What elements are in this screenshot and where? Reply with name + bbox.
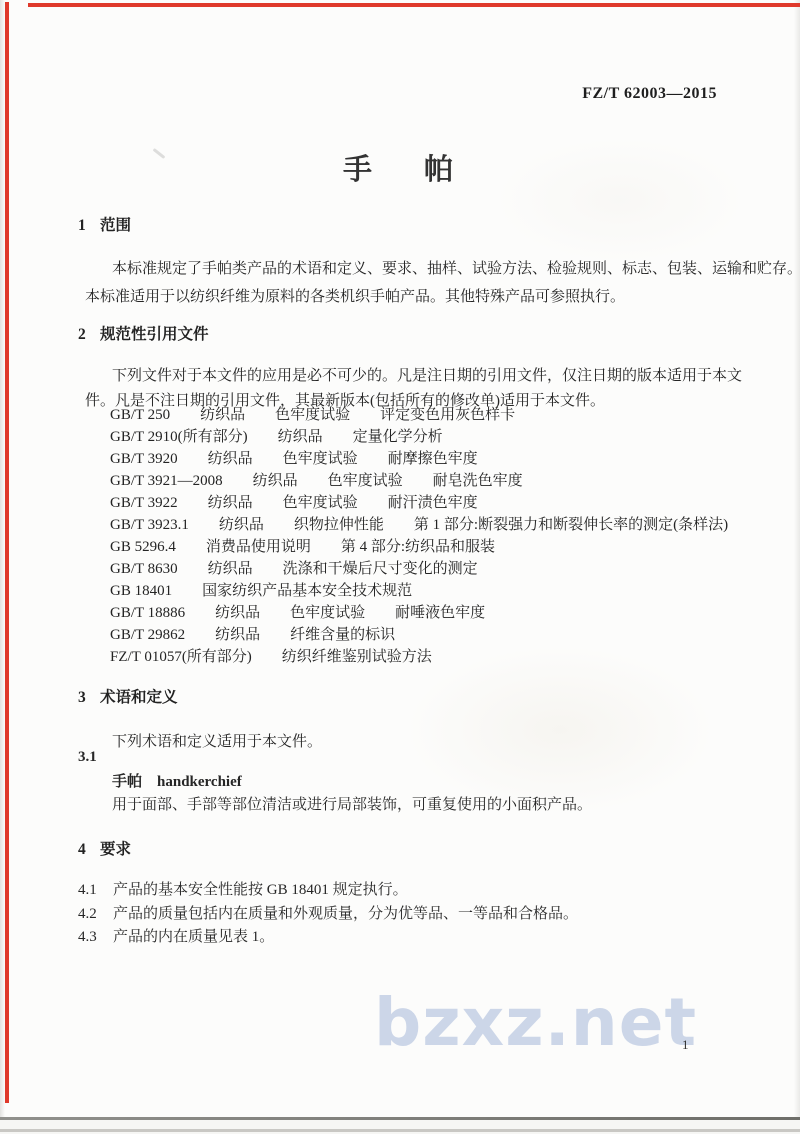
section-1-heading: 1范围 <box>78 213 131 235</box>
clause-text: 产品的基本安全性能按 GB 18401 规定执行。 <box>113 882 408 898</box>
paragraph-line: 本标准适用于以纺织纤维为原料的各类机织手帕产品。其他特殊产品可参照执行。 <box>85 283 800 311</box>
requirement-item: 4.1产品的基本安全性能按 GB 18401 规定执行。 <box>78 878 408 899</box>
section-heading-label: 要求 <box>100 841 131 858</box>
term-number: 3.1 <box>78 749 97 766</box>
references-list: GB/T 250 纺织品 色牢度试验 评定变色用灰色样卡 GB/T 2910(所… <box>110 404 728 668</box>
left-edge-red-line <box>5 2 9 1103</box>
reference-item: GB/T 8630 纺织品 洗涤和干燥后尺寸变化的测定 <box>110 558 728 580</box>
reference-item: GB/T 2910(所有部分) 纺织品 定量化学分析 <box>110 426 728 448</box>
section-number: 1 <box>78 217 100 235</box>
scan-smudge <box>153 148 166 159</box>
reference-item: GB/T 3921—2008 纺织品 色牢度试验 耐皂洗色牢度 <box>110 470 728 492</box>
reference-item: GB 5296.4 消费品使用说明 第 4 部分:纺织品和服装 <box>110 536 728 558</box>
term-en: handkerchief <box>157 774 242 790</box>
term-zh: 手帕 <box>112 774 142 790</box>
reference-item: GB/T 18886 纺织品 色牢度试验 耐唾液色牢度 <box>110 602 728 624</box>
reference-item: FZ/T 01057(所有部分) 纺织纤维鉴别试验方法 <box>110 646 728 668</box>
section-3-intro: 下列术语和定义适用于本文件。 <box>85 730 322 751</box>
clause-number: 4.1 <box>78 882 113 899</box>
top-edge-red-line <box>28 3 800 7</box>
requirement-item: 4.3产品的内在质量见表 1。 <box>78 925 274 946</box>
reference-item: GB/T 3922 纺织品 色牢度试验 耐汗渍色牢度 <box>110 492 728 514</box>
section-number: 4 <box>78 841 100 859</box>
section-heading-label: 规范性引用文件 <box>100 326 209 343</box>
reference-item: GB/T 3923.1 纺织品 织物拉伸性能 第 1 部分:断裂强力和断裂伸长率… <box>110 514 728 536</box>
paragraph-line: 本标准规定了手帕类产品的术语和定义、要求、抽样、试验方法、检验规则、标志、包装、… <box>85 255 800 283</box>
clause-text: 产品的内在质量见表 1。 <box>113 929 274 945</box>
section-3-heading: 3术语和定义 <box>78 685 178 707</box>
term-heading: 手帕handkerchief <box>112 770 242 791</box>
section-heading-label: 术语和定义 <box>100 689 178 706</box>
site-watermark: bzxz.net <box>374 984 697 1061</box>
right-edge-shadow <box>794 0 800 1134</box>
section-2-heading: 2规范性引用文件 <box>78 322 209 344</box>
reference-item: GB/T 3920 纺织品 色牢度试验 耐摩擦色牢度 <box>110 448 728 470</box>
scanned-document-page: FZ/T 62003—2015 手帕 1范围 本标准规定了手帕类产品的术语和定义… <box>0 0 800 1134</box>
page-number: 1 <box>682 1037 689 1053</box>
reference-item: GB/T 250 纺织品 色牢度试验 评定变色用灰色样卡 <box>110 404 728 426</box>
bottom-scan-edge-light-line <box>0 1129 800 1132</box>
reference-item: GB/T 29862 纺织品 纤维含量的标识 <box>110 624 728 646</box>
document-title: 手帕 <box>343 147 505 188</box>
clause-number: 4.3 <box>78 929 113 946</box>
section-number: 2 <box>78 326 100 344</box>
section-heading-label: 范围 <box>100 217 131 234</box>
section-4-heading: 4要求 <box>78 837 131 859</box>
standard-code: FZ/T 62003—2015 <box>582 85 717 103</box>
requirement-item: 4.2产品的质量包括内在质量和外观质量，分为优等品、一等品和合格品。 <box>78 902 578 923</box>
term-definition: 用于面部、手部等部位清洁或进行局部装饰，可重复使用的小面积产品。 <box>112 793 592 814</box>
section-number: 3 <box>78 689 100 707</box>
clause-number: 4.2 <box>78 906 113 923</box>
reference-item: GB 18401 国家纺织产品基本安全技术规范 <box>110 580 728 602</box>
clause-text: 产品的质量包括内在质量和外观质量，分为优等品、一等品和合格品。 <box>113 906 578 922</box>
paragraph-line: 下列文件对于本文件的应用是必不可少的。凡是注日期的引用文件，仅注日期的版本适用于… <box>85 364 742 389</box>
section-1-paragraph: 本标准规定了手帕类产品的术语和定义、要求、抽样、试验方法、检验规则、标志、包装、… <box>85 255 800 311</box>
